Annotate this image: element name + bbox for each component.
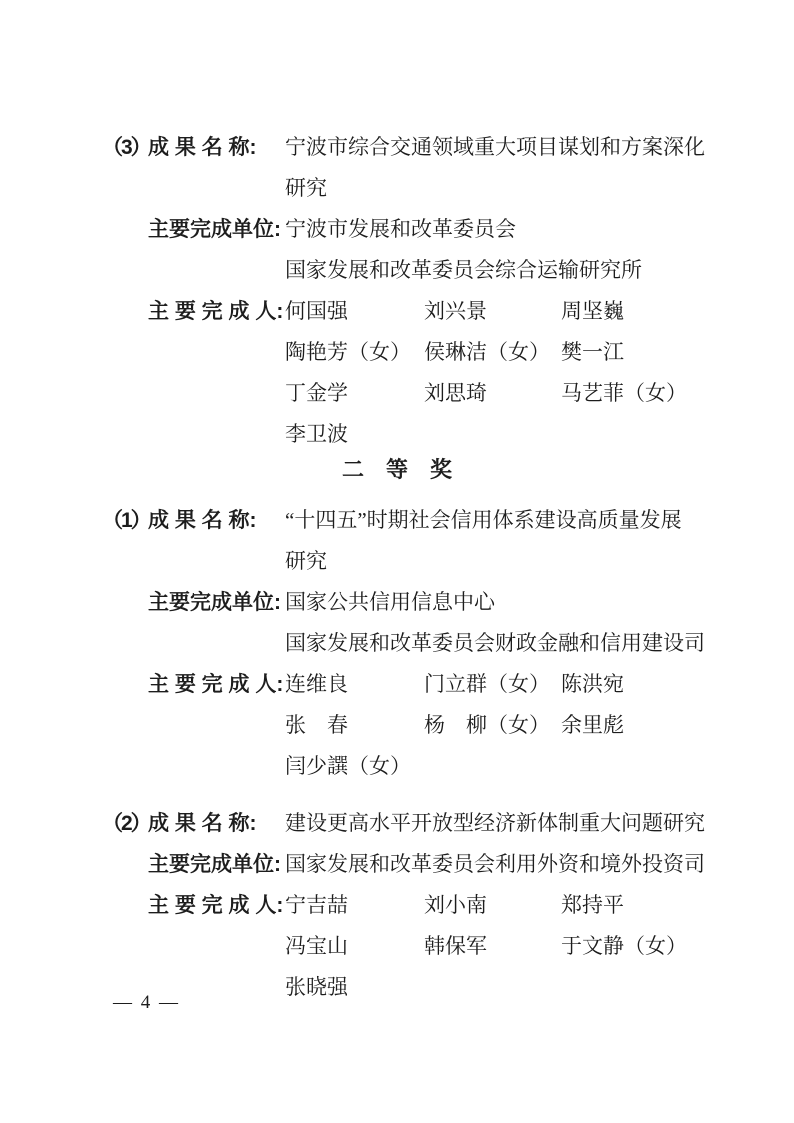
unit-name: 宁波市发展和改革委员会 [285, 209, 734, 250]
person-name: 郑持平 [561, 885, 734, 926]
main-units-row: 主要完成单位: 宁波市发展和改革委员会 [148, 209, 734, 250]
person-name: 门立群（女） [424, 664, 561, 705]
person-name: 宁吉喆 [285, 885, 424, 926]
document-page: （3） 成 果 名 称: 宁波市综合交通领域重大项目谋划和方案深化 研究 主要完… [0, 0, 794, 1123]
main-people-label: 主 要 完 成 人: [148, 664, 285, 705]
person-name: 于文静（女） [561, 926, 734, 967]
main-units-row-cont: 国家发展和改革委员会综合运输研究所 [148, 250, 734, 291]
main-units-label: 主要完成单位: [148, 844, 285, 885]
result-name-row: （3） 成 果 名 称: 宁波市综合交通领域重大项目谋划和方案深化 [148, 127, 734, 168]
result-name-text: “十四五”时期社会信用体系建设高质量发展 [285, 500, 734, 541]
label-spacer [148, 541, 285, 582]
main-units-row: 主要完成单位: 国家发展和改革委员会利用外资和境外投资司 [148, 844, 734, 885]
person-name: 何国强 [285, 291, 424, 332]
entry-number: （1） [102, 500, 150, 541]
label-spacer [148, 414, 285, 455]
person-name: 连维良 [285, 664, 424, 705]
main-people-row-cont: 陶艳芳（女） 侯琳洁（女） 樊一江 [148, 332, 734, 373]
people-row: 连维良 门立群（女） 陈洪宛 [285, 664, 734, 705]
main-units-label: 主要完成单位: [148, 209, 285, 250]
result-name-row: （1） 成 果 名 称: “十四五”时期社会信用体系建设高质量发展 [148, 500, 734, 541]
label-spacer [148, 705, 285, 746]
person-name: 李卫波 [285, 414, 424, 455]
result-name-row-cont: 研究 [148, 541, 734, 582]
person-name: 丁金学 [285, 373, 424, 414]
people-row: 李卫波 [285, 414, 734, 455]
result-name-row: （2） 成 果 名 称: 建设更高水平开放型经济新体制重大问题研究 [148, 803, 734, 844]
unit-name: 国家发展和改革委员会综合运输研究所 [285, 250, 734, 291]
result-name-text-cont: 研究 [285, 168, 734, 209]
person-name: 刘兴景 [424, 291, 561, 332]
award-entry-2: （2） 成 果 名 称: 建设更高水平开放型经济新体制重大问题研究 主要完成单位… [148, 803, 734, 1008]
person-name: 陶艳芳（女） [285, 332, 424, 373]
page-content: （3） 成 果 名 称: 宁波市综合交通领域重大项目谋划和方案深化 研究 主要完… [0, 0, 794, 1008]
main-people-row: 主 要 完 成 人: 宁吉喆 刘小南 郑持平 [148, 885, 734, 926]
person-name: 韩保军 [424, 926, 561, 967]
award-entry-1: （1） 成 果 名 称: “十四五”时期社会信用体系建设高质量发展 研究 主要完… [148, 500, 734, 787]
person-name: 樊一江 [561, 332, 734, 373]
main-people-row-cont: 丁金学 刘思琦 马艺菲（女） [148, 373, 734, 414]
unit-name: 国家发展和改革委员会财政金融和信用建设司 [285, 623, 734, 664]
people-row: 张 春 杨 柳（女） 余里彪 [285, 705, 734, 746]
label-spacer [148, 250, 285, 291]
entry-number: （3） [102, 127, 150, 168]
person-name: 周坚巍 [561, 291, 734, 332]
result-name-text: 宁波市综合交通领域重大项目谋划和方案深化 [285, 127, 734, 168]
main-units-label: 主要完成单位: [148, 582, 285, 623]
label-spacer [148, 373, 285, 414]
people-row: 闫少譔（女） [285, 746, 734, 787]
person-name: 张晓强 [285, 967, 424, 1008]
result-name-text-cont: 研究 [285, 541, 734, 582]
unit-name: 国家发展和改革委员会利用外资和境外投资司 [285, 844, 734, 885]
label-spacer [148, 623, 285, 664]
person-name: 刘思琦 [424, 373, 561, 414]
main-people-row-cont: 张晓强 [148, 967, 734, 1008]
people-row: 宁吉喆 刘小南 郑持平 [285, 885, 734, 926]
main-people-row: 主 要 完 成 人: 何国强 刘兴景 周坚巍 [148, 291, 734, 332]
people-row: 陶艳芳（女） 侯琳洁（女） 樊一江 [285, 332, 734, 373]
main-people-row-cont: 闫少譔（女） [148, 746, 734, 787]
award-entry-3: （3） 成 果 名 称: 宁波市综合交通领域重大项目谋划和方案深化 研究 主要完… [148, 127, 734, 455]
person-name: 陈洪宛 [561, 664, 734, 705]
main-people-label: 主 要 完 成 人: [148, 291, 285, 332]
result-name-label: 成 果 名 称: [148, 500, 285, 541]
label-spacer [148, 168, 285, 209]
result-name-label: 成 果 名 称: [148, 803, 285, 844]
person-name: 余里彪 [561, 705, 734, 746]
label-spacer [148, 332, 285, 373]
main-units-row-cont: 国家发展和改革委员会财政金融和信用建设司 [148, 623, 734, 664]
person-name: 马艺菲（女） [561, 373, 734, 414]
main-people-row-cont: 张 春 杨 柳（女） 余里彪 [148, 705, 734, 746]
result-name-text: 建设更高水平开放型经济新体制重大问题研究 [285, 803, 734, 844]
person-name: 侯琳洁（女） [424, 332, 561, 373]
result-name-label: 成 果 名 称: [148, 127, 285, 168]
main-people-row: 主 要 完 成 人: 连维良 门立群（女） 陈洪宛 [148, 664, 734, 705]
unit-name: 国家公共信用信息中心 [285, 582, 734, 623]
main-people-label: 主 要 完 成 人: [148, 885, 285, 926]
person-name: 冯宝山 [285, 926, 424, 967]
page-number: — 4 — [113, 988, 180, 1018]
person-name: 杨 柳（女） [424, 705, 561, 746]
main-units-row: 主要完成单位: 国家公共信用信息中心 [148, 582, 734, 623]
people-row: 丁金学 刘思琦 马艺菲（女） [285, 373, 734, 414]
main-people-row-cont: 冯宝山 韩保军 于文静（女） [148, 926, 734, 967]
result-name-row-cont: 研究 [148, 168, 734, 209]
main-people-row-cont: 李卫波 [148, 414, 734, 455]
people-row: 冯宝山 韩保军 于文静（女） [285, 926, 734, 967]
entry-number: （2） [102, 803, 150, 844]
person-name: 刘小南 [424, 885, 561, 926]
person-name: 闫少譔（女） [285, 746, 424, 787]
people-row: 何国强 刘兴景 周坚巍 [285, 291, 734, 332]
people-row: 张晓强 [285, 967, 734, 1008]
label-spacer [148, 926, 285, 967]
label-spacer [148, 746, 285, 787]
second-prize-heading: 二 等 奖 [0, 449, 794, 490]
person-name: 张 春 [285, 705, 424, 746]
